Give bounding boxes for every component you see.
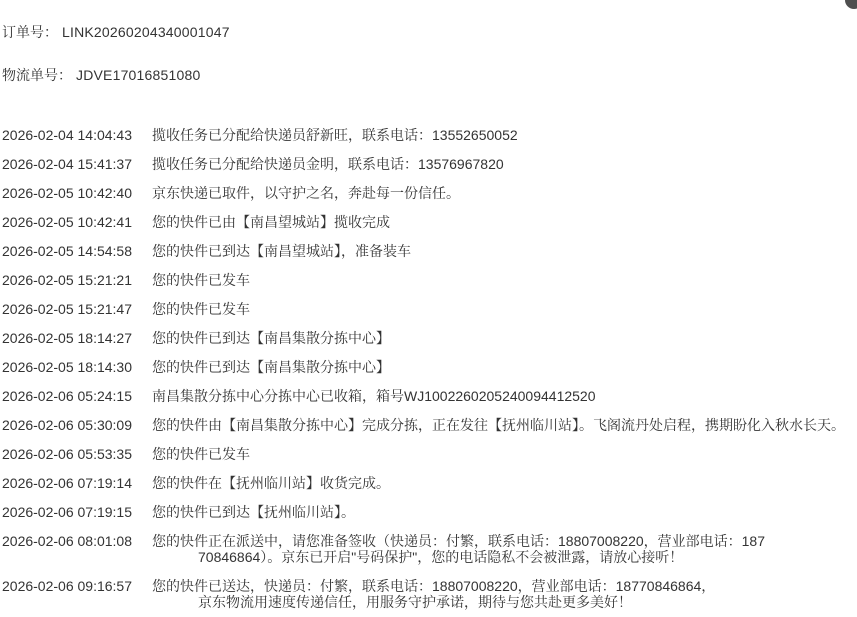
event-message: 您的快件已到达【南昌望城站】，准备装车 [152,243,857,259]
order-number-value: LINK20260204340001047 [62,24,230,40]
event-message: 您的快件已送达，快递员：付繁，联系电话：18807008220，营业部电话：18… [152,578,857,610]
event-message-line: 您的快件已到达【抚州临川站】。 [152,504,857,520]
event-message-line: 70846864）。京东已开启"号码保护"，您的电话隐私不会被泄露，请放心接听！ [198,549,857,565]
event-message: 您的快件已发车 [152,301,857,317]
event-message-line: 您的快件正在派送中，请您准备签收（快递员：付繁，联系电话：18807008220… [152,533,857,549]
event-message-line: 您的快件已发车 [152,301,857,317]
event-timestamp: 2026-02-05 14:54:58 [2,243,152,259]
event-message-line: 京东物流用速度传递信任，用服务守护承诺，期待与您共赴更多美好！ [198,594,857,610]
event-timestamp: 2026-02-05 10:42:40 [2,185,152,201]
event-message: 您的快件已发车 [152,272,857,288]
event-message: 您的快件已到达【抚州临川站】。 [152,504,857,520]
event-message: 您的快件已由【南昌望城站】揽收完成 [152,214,857,230]
event-message-line: 您的快件已由【南昌望城站】揽收完成 [152,214,857,230]
event-message-line: 您的快件已到达【南昌集散分拣中心】 [152,330,857,346]
tracking-event-row: 2026-02-05 18:14:27您的快件已到达【南昌集散分拣中心】 [2,330,857,346]
tracking-event-row: 2026-02-06 07:19:14您的快件在【抚州临川站】收货完成。 [2,475,857,491]
event-timestamp: 2026-02-06 07:19:14 [2,475,152,491]
event-message: 您的快件已到达【南昌集散分拣中心】 [152,330,857,346]
order-number-line: 订单号：LINK20260204340001047 [2,24,857,40]
event-message-line: 京东快递已取件，以守护之名，奔赴每一份信任。 [152,185,857,201]
event-message: 您的快件正在派送中，请您准备签收（快递员：付繁，联系电话：18807008220… [152,533,857,565]
tracking-event-row: 2026-02-04 14:04:43揽收任务已分配给快递员舒新旺，联系电话：1… [2,127,857,143]
tracking-event-row: 2026-02-06 09:16:57您的快件已送达，快递员：付繁，联系电话：1… [2,578,857,610]
tracking-event-row: 2026-02-05 10:42:40京东快递已取件，以守护之名，奔赴每一份信任… [2,185,857,201]
event-timestamp: 2026-02-06 08:01:08 [2,533,152,549]
tracking-event-row: 2026-02-04 15:41:37揽收任务已分配给快递员金明，联系电话：13… [2,156,857,172]
event-message-line: 您的快件已送达，快递员：付繁，联系电话：18807008220，营业部电话：18… [152,578,857,594]
tracking-event-list: 2026-02-04 14:04:43揽收任务已分配给快递员舒新旺，联系电话：1… [2,127,857,610]
event-timestamp: 2026-02-05 15:21:21 [2,272,152,288]
event-message-line: 您的快件已发车 [152,446,857,462]
event-timestamp: 2026-02-05 10:42:41 [2,214,152,230]
tracking-event-row: 2026-02-05 15:21:21您的快件已发车 [2,272,857,288]
tracking-event-row: 2026-02-05 15:21:47您的快件已发车 [2,301,857,317]
event-timestamp: 2026-02-06 07:19:15 [2,504,152,520]
event-timestamp: 2026-02-06 05:53:35 [2,446,152,462]
event-timestamp: 2026-02-06 05:24:15 [2,388,152,404]
event-message: 南昌集散分拣中心分拣中心已收箱，箱号WJ10022602052400944125… [152,388,857,404]
event-timestamp: 2026-02-06 09:16:57 [2,578,152,594]
event-message-line: 揽收任务已分配给快递员金明，联系电话：13576967820 [152,156,857,172]
event-timestamp: 2026-02-04 15:41:37 [2,156,152,172]
tracking-event-row: 2026-02-05 18:14:30您的快件已到达【南昌集散分拣中心】 [2,359,857,375]
order-number-label: 订单号： [2,24,58,40]
tracking-event-row: 2026-02-06 07:19:15您的快件已到达【抚州临川站】。 [2,504,857,520]
waybill-number-label: 物流单号： [2,67,72,83]
event-message-line: 您的快件已到达【南昌集散分拣中心】 [152,359,857,375]
event-message: 您的快件已到达【南昌集散分拣中心】 [152,359,857,375]
tracking-event-row: 2026-02-05 10:42:41您的快件已由【南昌望城站】揽收完成 [2,214,857,230]
tracking-page: 订单号：LINK20260204340001047 物流单号：JDVE17016… [0,0,857,617]
event-message: 您的快件已发车 [152,446,857,462]
corner-dot-icon [845,0,857,9]
event-message-line: 您的快件由【南昌集散分拣中心】完成分拣，正在发往【抚州临川站】。飞阁流丹处启程，… [152,417,857,433]
event-message: 您的快件由【南昌集散分拣中心】完成分拣，正在发往【抚州临川站】。飞阁流丹处启程，… [152,417,857,433]
tracking-event-row: 2026-02-06 05:53:35您的快件已发车 [2,446,857,462]
tracking-event-row: 2026-02-05 14:54:58您的快件已到达【南昌望城站】，准备装车 [2,243,857,259]
event-message: 揽收任务已分配给快递员舒新旺，联系电话：13552650052 [152,127,857,143]
event-message-line: 您的快件已到达【南昌望城站】，准备装车 [152,243,857,259]
waybill-number-line: 物流单号：JDVE17016851080 [2,67,857,83]
event-timestamp: 2026-02-05 15:21:47 [2,301,152,317]
event-message-line: 揽收任务已分配给快递员舒新旺，联系电话：13552650052 [152,127,857,143]
event-timestamp: 2026-02-06 05:30:09 [2,417,152,433]
event-timestamp: 2026-02-05 18:14:27 [2,330,152,346]
tracking-event-row: 2026-02-06 05:30:09您的快件由【南昌集散分拣中心】完成分拣，正… [2,417,857,433]
event-message: 揽收任务已分配给快递员金明，联系电话：13576967820 [152,156,857,172]
event-message-line: 南昌集散分拣中心分拣中心已收箱，箱号WJ10022602052400944125… [152,388,857,404]
tracking-event-row: 2026-02-06 08:01:08您的快件正在派送中，请您准备签收（快递员：… [2,533,857,565]
event-timestamp: 2026-02-04 14:04:43 [2,127,152,143]
tracking-event-row: 2026-02-06 05:24:15南昌集散分拣中心分拣中心已收箱，箱号WJ1… [2,388,857,404]
event-message: 您的快件在【抚州临川站】收货完成。 [152,475,857,491]
event-message-line: 您的快件已发车 [152,272,857,288]
event-message: 京东快递已取件，以守护之名，奔赴每一份信任。 [152,185,857,201]
waybill-number-value: JDVE17016851080 [76,67,200,83]
event-message-line: 您的快件在【抚州临川站】收货完成。 [152,475,857,491]
event-timestamp: 2026-02-05 18:14:30 [2,359,152,375]
